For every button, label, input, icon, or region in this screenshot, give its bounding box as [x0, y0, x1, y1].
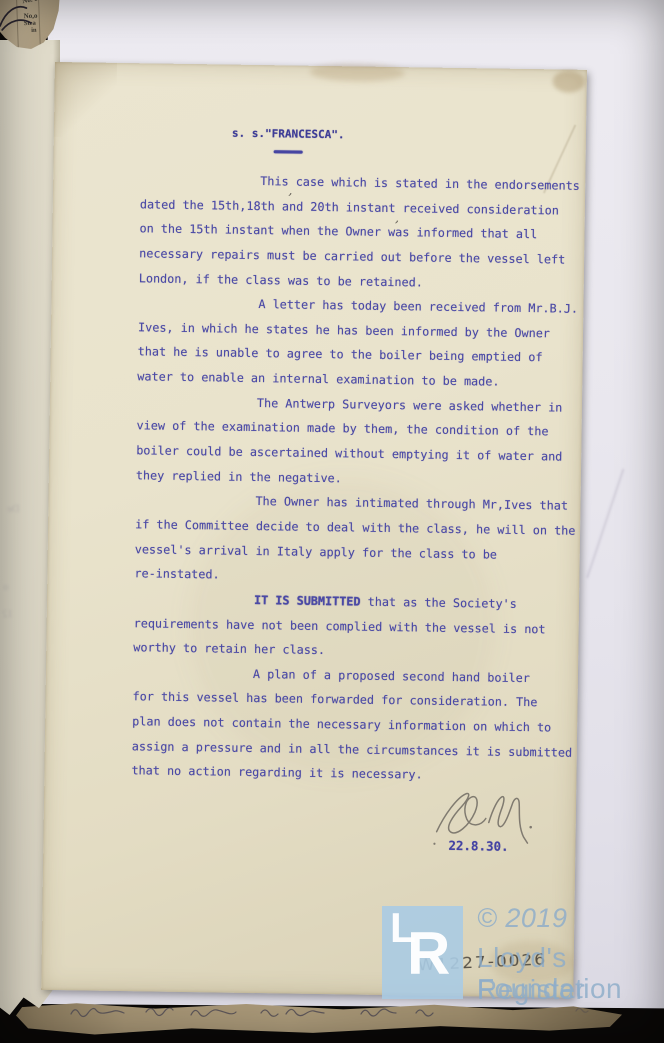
- ghost-bleedthrough-mark: 12: [2, 608, 13, 620]
- title-underline: [274, 150, 303, 153]
- ghost-bleedthrough-mark: De: [7, 503, 20, 515]
- paper-crease: [586, 469, 624, 579]
- document-page: s. s."FRANCESCA". This case which is sta…: [41, 62, 587, 998]
- typed-date: 22.8.30.: [448, 838, 508, 854]
- typed-line-emphasis: IT IS SUBMITTED: [254, 593, 361, 609]
- page-title: s. s."FRANCESCA".: [232, 127, 345, 142]
- typed-body: This case which is stated in the endorse…: [131, 167, 592, 790]
- fragment-ink-flourish: [0, 1, 37, 38]
- scanned-document-photo: De o 12 s. s."FRANCESCA". This case whic…: [0, 0, 664, 1043]
- paper-stain: [553, 70, 585, 92]
- ghost-bleedthrough-mark: o: [3, 581, 9, 593]
- corner-fold-shadow: [54, 62, 117, 138]
- paper-stain: [310, 63, 405, 82]
